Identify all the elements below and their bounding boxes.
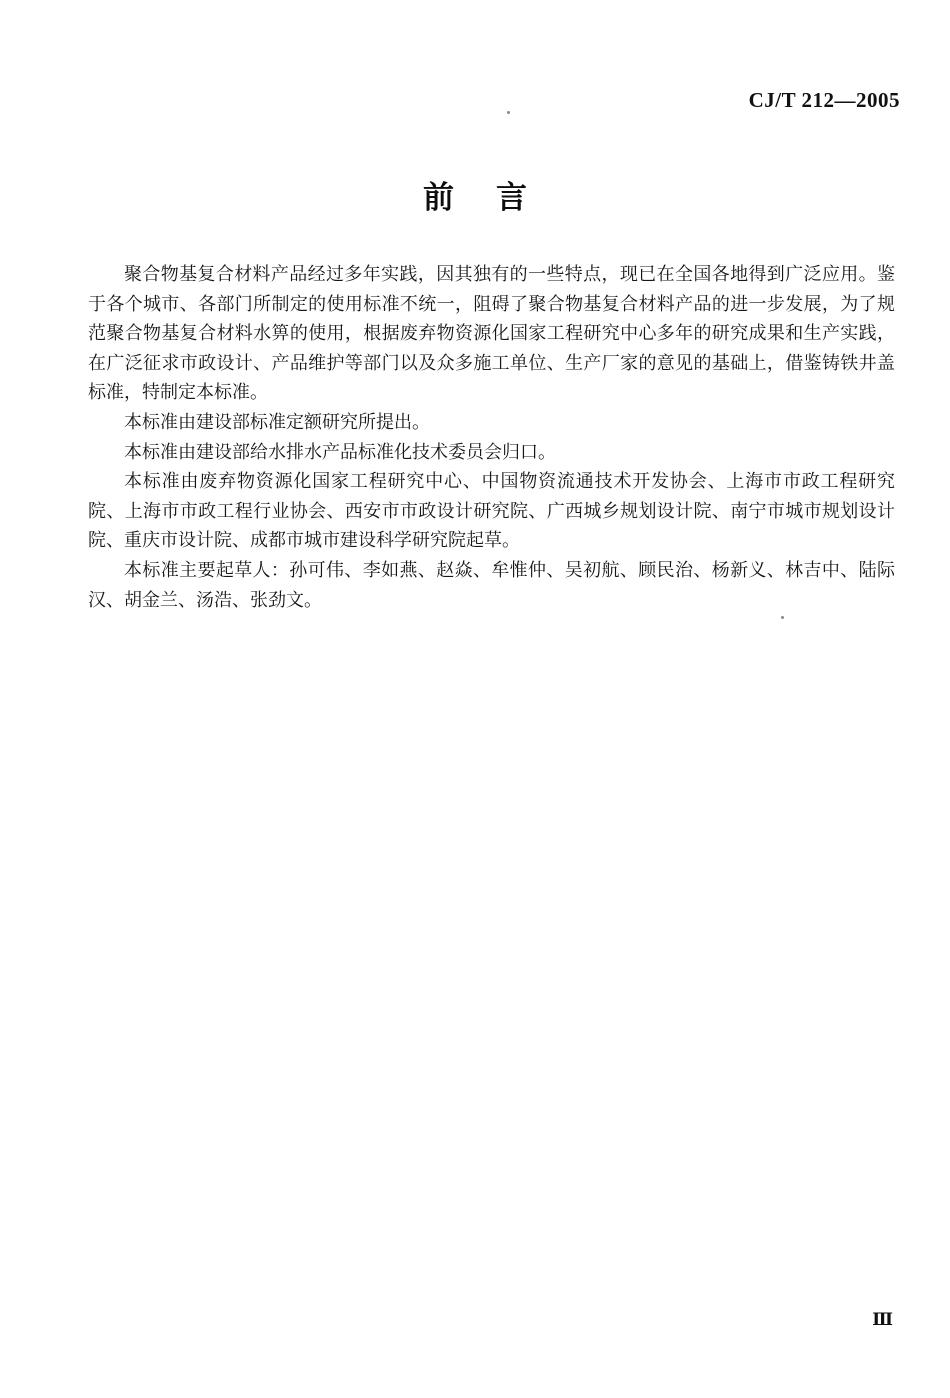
paragraph-introduction: 聚合物基复合材料产品经过多年实践，因其独有的一些特点，现已在全国各地得到广泛应用… [88,260,895,408]
page-number: Ⅲ [872,1310,893,1330]
standard-code: CJ/T 212—2005 [749,88,900,113]
page-title: 前 言 [0,172,950,217]
document-page: CJ/T 212—2005 前 言 聚合物基复合材料产品经过多年实践，因其独有的… [0,0,950,1398]
scan-speck [781,616,784,619]
paragraph-proposed-by: 本标准由建设部标准定额研究所提出。 [88,408,895,438]
foreword-body: 聚合物基复合材料产品经过多年实践，因其独有的一些特点，现已在全国各地得到广泛应用… [88,260,895,615]
title-char-left: 前 [423,172,454,217]
scan-speck [507,111,510,114]
title-char-right: 言 [496,172,527,217]
paragraph-drafting-organizations: 本标准由废弃物资源化国家工程研究中心、中国物资流通技术开发协会、上海市市政工程研… [88,467,895,556]
paragraph-chief-drafters: 本标准主要起草人：孙可伟、李如燕、赵焱、牟惟仲、吴初航、顾民治、杨新义、林吉中、… [88,556,895,615]
paragraph-centralized-by: 本标准由建设部给水排水产品标准化技术委员会归口。 [88,438,895,468]
